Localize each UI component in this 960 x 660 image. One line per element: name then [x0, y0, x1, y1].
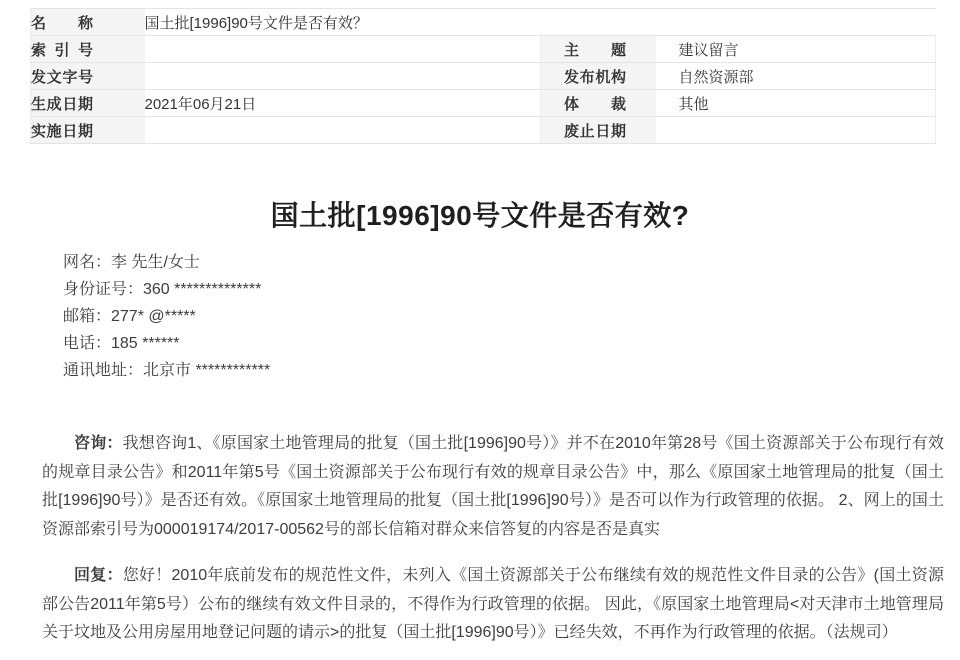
meta-row-created-genre: 生成日期 2021年06月21日 体裁 其他 [31, 90, 936, 117]
repeal-date-label: 废止日期 [564, 120, 626, 141]
subject-value: 建议留言 [656, 36, 936, 63]
user-address-line: 通讯地址：北京市 ************ [63, 357, 960, 384]
name-value: 国土批[1996]90号文件是否有效？ [145, 9, 936, 36]
user-email-line: 邮箱：277* @***** [63, 303, 960, 330]
meta-row-effective-repeal: 实施日期 废止日期 [31, 117, 936, 144]
publisher-label: 发布机构 [564, 66, 626, 87]
meta-row-name: 名称 国土批[1996]90号文件是否有效？ [31, 9, 936, 36]
effective-date-value [145, 117, 541, 144]
repeal-date-value [656, 117, 936, 144]
reply-paragraph: 回复：您好！2010年底前发布的规范性文件，未列入《国土资源部关于公布继续有效的… [42, 562, 944, 648]
genre-label: 体裁 [564, 93, 626, 114]
index-label-cell: 索引号 [31, 36, 145, 63]
page-title: 国土批[1996]90号文件是否有效? [0, 196, 960, 236]
repeal-date-label-cell: 废止日期 [541, 117, 656, 144]
meta-row-index-subject: 索引号 主题 建议留言 [31, 36, 936, 63]
inquiry-paragraph: 咨询：我想咨询1、《原国家土地管理局的批复（国土批[1996]90号）》并不在2… [42, 430, 944, 544]
inquiry-text: 我想咨询1、《原国家土地管理局的批复（国土批[1996]90号）》并不在2010… [42, 435, 944, 538]
index-value [145, 36, 541, 63]
user-netname-line: 网名：李 先生/女士 [63, 249, 960, 276]
created-date-label: 生成日期 [31, 93, 93, 114]
reply-label: 回复： [74, 567, 123, 584]
subject-label: 主题 [564, 39, 626, 60]
user-info-block: 网名：李 先生/女士 身份证号：360 ************** 邮箱：27… [63, 249, 960, 384]
doc-number-label-cell: 发文字号 [31, 63, 145, 90]
index-label: 索引号 [31, 39, 93, 60]
doc-number-label: 发文字号 [31, 66, 93, 87]
user-idnumber-line: 身份证号：360 ************** [63, 276, 960, 303]
created-date-value: 2021年06月21日 [145, 90, 541, 117]
user-phone-line: 电话：185 ****** [63, 330, 960, 357]
genre-value: 其他 [656, 90, 936, 117]
publisher-label-cell: 发布机构 [541, 63, 656, 90]
metadata-table: 名称 国土批[1996]90号文件是否有效？ 索引号 主题 建议留言 发文字号 … [30, 8, 936, 144]
publisher-value: 自然资源部 [656, 63, 936, 90]
effective-date-label: 实施日期 [31, 120, 93, 141]
genre-label-cell: 体裁 [541, 90, 656, 117]
reply-text: 您好！2010年底前发布的规范性文件，未列入《国土资源部关于公布继续有效的规范性… [42, 567, 944, 641]
document-page: 名称 国土批[1996]90号文件是否有效？ 索引号 主题 建议留言 发文字号 … [0, 8, 960, 660]
meta-row-docnum-publisher: 发文字号 发布机构 自然资源部 [31, 63, 936, 90]
paragraphs-block: 咨询：我想咨询1、《原国家土地管理局的批复（国土批[1996]90号）》并不在2… [42, 430, 944, 648]
doc-number-value [145, 63, 541, 90]
created-date-label-cell: 生成日期 [31, 90, 145, 117]
name-label-cell: 名称 [31, 9, 145, 36]
effective-date-label-cell: 实施日期 [31, 117, 145, 144]
inquiry-label: 咨询： [74, 435, 123, 452]
name-label: 名称 [31, 12, 93, 33]
subject-label-cell: 主题 [541, 36, 656, 63]
